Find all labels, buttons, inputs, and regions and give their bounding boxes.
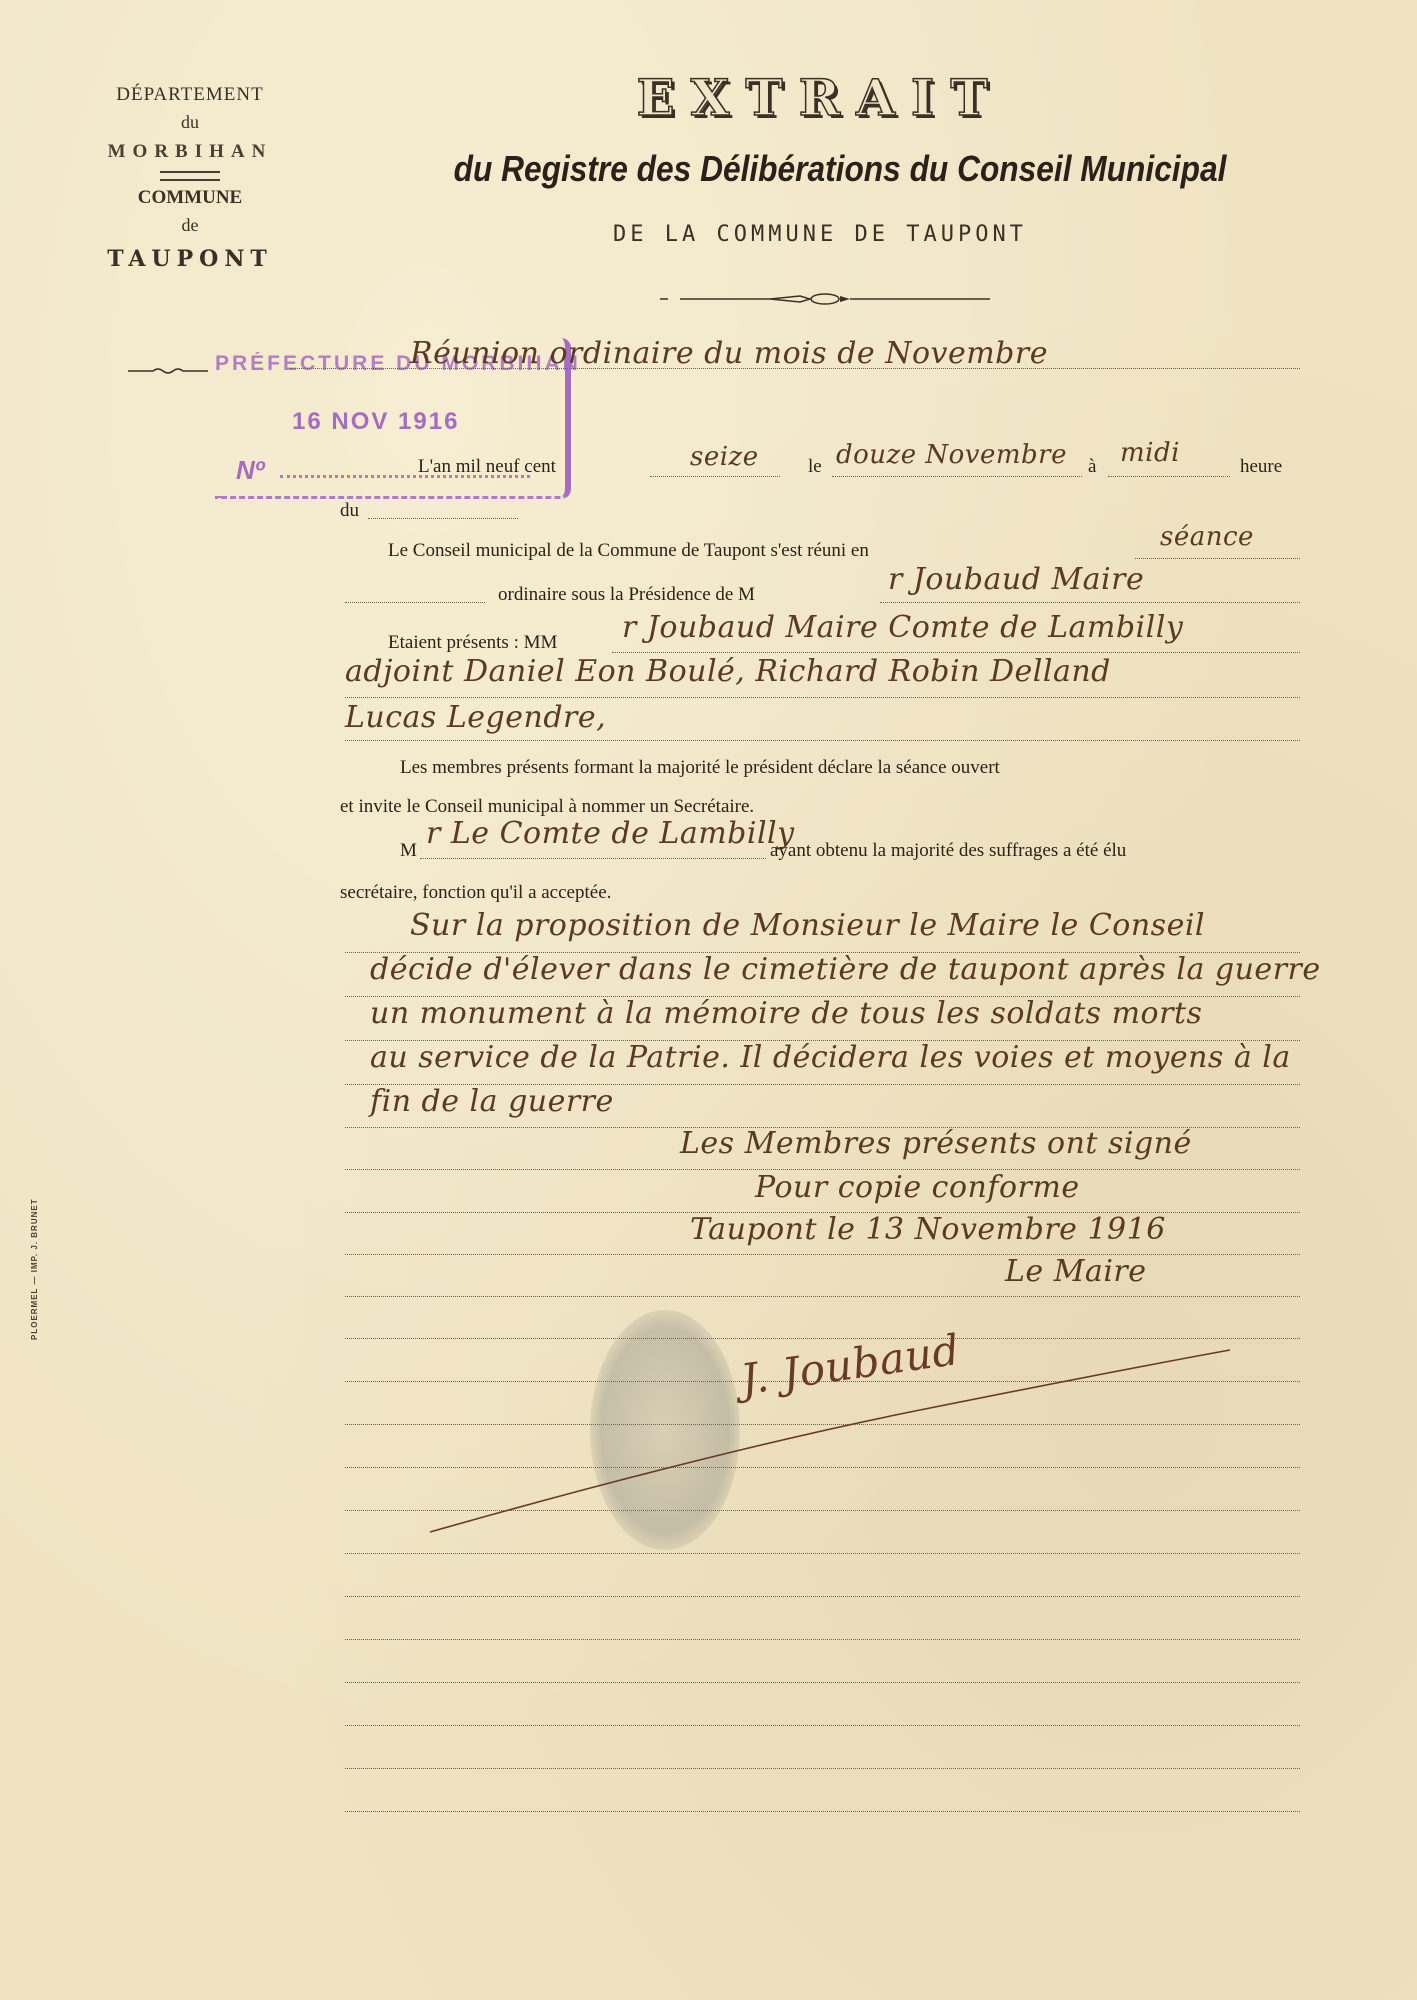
- rule-line: [345, 1596, 1300, 1597]
- morbihan-label: MORBIHAN: [40, 141, 340, 163]
- rule-line: [1108, 476, 1230, 477]
- certified-copy-handwritten: Pour copie conforme: [755, 1170, 1080, 1205]
- document-title: EXTRAIT: [580, 68, 1060, 127]
- secretary-printed-4: secrétaire, fonction qu'il a acceptée.: [340, 882, 611, 904]
- year-handwritten: seize: [690, 442, 759, 472]
- rule-line: [1135, 558, 1300, 559]
- meeting-printed-2: ordinaire sous la Présidence de M: [498, 584, 755, 606]
- deliberation-line-1: Sur la proposition de Monsieur le Maire …: [410, 908, 1205, 943]
- rule-line: [880, 602, 1300, 603]
- de-label: de: [40, 215, 340, 236]
- date-printed-3: à: [1088, 456, 1096, 478]
- day-handwritten: douze Novembre: [836, 440, 1067, 470]
- double-rule-divider: [160, 171, 220, 181]
- date-printed-2: le: [808, 456, 822, 478]
- rule-line: [345, 1254, 1300, 1255]
- rule-line: [345, 1639, 1300, 1640]
- maire-handwritten: Le Maire: [1005, 1254, 1147, 1289]
- rule-line: [345, 1553, 1300, 1554]
- deliberation-line-3: un monument à la mémoire de tous les sol…: [370, 996, 1202, 1031]
- secretary-printed-1: Les membres présents formant la majorité…: [400, 757, 1000, 779]
- present-handwritten-1: r Joubaud Maire Comte de Lambilly: [622, 610, 1183, 645]
- secretary-printed-3: ayant obtenu la majorité des suffrages a…: [770, 840, 1126, 862]
- secretary-name-handwritten: r Le Comte de Lambilly: [426, 816, 795, 851]
- rule-line: [368, 518, 518, 519]
- hour-handwritten: midi: [1120, 438, 1180, 468]
- rule-line: [650, 476, 780, 477]
- place-date-handwritten: Taupont le 13 Novembre 1916: [690, 1212, 1166, 1247]
- commune-subtitle: DE LA COMMUNE DE TAUPONT: [400, 222, 1240, 247]
- ornament-flourish-icon: [128, 365, 208, 375]
- ornament-divider-icon: [660, 292, 990, 306]
- rule-line: [345, 1768, 1300, 1769]
- du-printed: du: [340, 500, 359, 522]
- department-header: DÉPARTEMENT du MORBIHAN COMMUNE de TAUPO…: [40, 80, 340, 272]
- rule-line: [345, 697, 1300, 698]
- m-label: M: [400, 840, 417, 862]
- rule-line: [832, 476, 1082, 477]
- rule-line: [420, 858, 766, 859]
- session-handwritten: Réunion ordinaire du mois de Novembre: [410, 336, 1048, 371]
- present-label: Etaient présents : MM: [388, 632, 557, 654]
- members-signed-handwritten: Les Membres présents ont signé: [680, 1126, 1192, 1161]
- stamp-number-label: Nº: [236, 455, 264, 486]
- rule-line: [345, 1338, 1300, 1339]
- rule-line: [345, 740, 1300, 741]
- deliberation-line-2: décide d'élever dans le cimetière de tau…: [370, 952, 1321, 987]
- secretary-printed-2: et invite le Conseil municipal à nommer …: [340, 796, 754, 818]
- stamp-date: 16 NOV 1916: [292, 408, 459, 436]
- taupont-label: TAUPONT: [40, 246, 340, 272]
- rule-line: [345, 602, 485, 603]
- rule-line: [345, 1811, 1300, 1812]
- meeting-printed-1: Le Conseil municipal de la Commune de Ta…: [388, 540, 869, 562]
- date-printed-1: L'an mil neuf cent: [418, 456, 556, 478]
- printer-mark: PLOERMEL — IMP. J. BRUNET: [30, 1240, 60, 1450]
- rule-line: [345, 1682, 1300, 1683]
- seance-handwritten: séance: [1160, 522, 1254, 552]
- register-subtitle: du Registre des Délibérations du Conseil…: [400, 148, 1280, 190]
- date-printed-4: heure: [1240, 456, 1282, 478]
- deliberation-line-5: fin de la guerre: [370, 1084, 614, 1119]
- signature-underline-stroke: [420, 1340, 1240, 1540]
- present-handwritten-2: adjoint Daniel Eon Boulé, Richard Robin …: [345, 654, 1111, 689]
- deliberation-line-4: au service de la Patrie. Il décidera les…: [370, 1040, 1291, 1075]
- departement-label: DÉPARTEMENT: [40, 84, 340, 106]
- president-handwritten: r Joubaud Maire: [888, 562, 1144, 597]
- present-handwritten-3: Lucas Legendre,: [345, 700, 606, 735]
- rule-line: [345, 1725, 1300, 1726]
- rule-line: [612, 652, 1300, 653]
- du-label: du: [40, 112, 340, 133]
- rule-line: [345, 1296, 1300, 1297]
- commune-label: COMMUNE: [40, 187, 340, 209]
